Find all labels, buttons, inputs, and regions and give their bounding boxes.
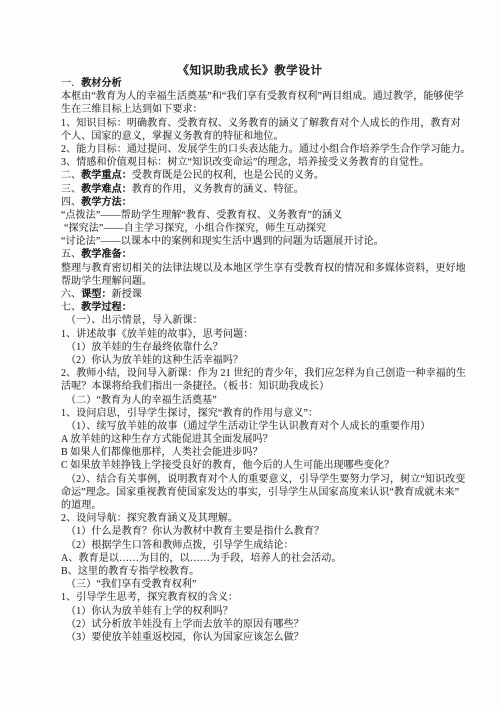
heading-text: 教学过程： (81, 302, 132, 313)
body-text: 3、情感和价值观目标：树立“知识改变命运”的理念，培养接受义务教育的自觉性。 (61, 157, 429, 168)
body-text: 活呢？本课将给我们指出一条捷径。（板书：知识助我成长） (61, 381, 329, 392)
document-line: 七、教学过程： (61, 301, 467, 314)
body-text: 五、 (61, 249, 81, 260)
body-text: 1、引导学生思考，探究教育权的含义： (61, 592, 238, 603)
document-line: 二、教学重点：受教育既是公民的权利，也是公民的义务。 (61, 169, 467, 182)
document-line: 命运”理念。国家重视教育使国家发达的事实，引导学生从国家高度来认识“教育成就未来… (61, 486, 467, 499)
body-text: 三、 (61, 184, 81, 195)
heading-text: 教学难点： (81, 184, 132, 195)
document-line: 的道理。 (61, 499, 467, 512)
body-text: 2、能力目标：通过提问、发展学生的口头表达能力。通过小组合作培养学生合作学习能力… (61, 144, 471, 155)
body-text: “讨论法”——以课本中的案例和现实生活中遇到的问题为话题展开讨论。 (61, 236, 384, 247)
body-text: C 如果放羊娃挣钱上学接受良好的教育，他今后的人生可能出现哪些变化？ (61, 460, 394, 471)
body-text: 命运”理念。国家重视教育使国家发达的事实，引导学生从国家高度来认识“教育成就未来… (61, 487, 459, 498)
document-line: 1、讲述故事《放羊娃的故事》，思考问题： (61, 328, 467, 341)
body-text: 1、设问启思，引导学生探讨，探究“教育的作用与意义”： (61, 408, 318, 419)
document-line: B 如果人们都像他那样，人类社会能进步吗？ (61, 446, 467, 459)
body-text: “探究法”——自主学习探究，小组合作探究，师生互动探究 (64, 223, 326, 234)
body-text: 整理与教育密切相关的法律法规以及本地区学生享有受教育权的情况和多媒体资料，更好地 (61, 263, 466, 274)
document-page: 《知识助我成长》教学设计 一．教材分析本框由“教育为人的幸福生活奠基”和“我们享… (0, 0, 500, 707)
document-line: （1）什么是教育？你认为教材中教育主要是指什么教育？ (61, 525, 467, 538)
body-text: 的道理。 (61, 500, 101, 511)
document-line: C 如果放羊娃挣钱上学接受良好的教育，他今后的人生可能出现哪些变化？ (61, 459, 467, 472)
heading-text: 教学重点： (81, 170, 132, 181)
document-line: （三）“我们享有受教育权利” (61, 578, 467, 591)
document-line: （二）“教育为人的幸福生活奠基” (61, 394, 467, 407)
document-line: （一）、出示情景，导入新课： (61, 314, 467, 327)
document-line: （2）根据学生口答和教师点拨，引导学生成结论： (61, 539, 467, 552)
body-text: 1、讲述故事《放羊娃的故事》，思考问题： (61, 329, 253, 340)
document-line: 活呢？本课将给我们指出一条捷径。（板书：知识助我成长） (61, 380, 467, 393)
body-text: （2）你认为放羊娃的这种生活幸福吗？ (66, 355, 243, 366)
body-text: 1、知识目标：明确教育、受教育权、义务教育的涵义了解教育对个人成长的作用，教育对 (61, 118, 461, 129)
body-text: B 如果人们都像他那样，人类社会能进步吗？ (61, 447, 263, 458)
body-text: “点拨法”——帮助学生理解“教育、受教育权、义务教育”的涵义 (61, 210, 342, 221)
document-line: （2）、结合有关事例，说明教育对个人的重要意义，引导学生要努力学习，树立“知识改… (61, 473, 467, 486)
document-line: （1）放羊娃的生存最终依靠什么？ (61, 341, 467, 354)
document-line: 三、教学难点：教育的作用，义务教育的涵义、特征。 (61, 183, 467, 196)
document-line: 1、知识目标：明确教育、受教育权、义务教育的涵义了解教育对个人成长的作用，教育对 (61, 117, 467, 130)
body-text: 2、教师小结，设问导入新课：作为 21 世纪的青少年，我们应怎样为自己创造一种幸… (61, 368, 466, 379)
body-text: B、这里的教育专指学校教育。 (61, 566, 199, 577)
body-text: 受教育既是公民的权利，也是公民的义务。 (132, 170, 324, 181)
document-line: “点拨法”——帮助学生理解“教育、受教育权、义务教育”的涵义 (61, 209, 467, 222)
body-text: 新授课 (112, 289, 142, 300)
document-line: 1、引导学生思考，探究教育权的含义： (61, 591, 467, 604)
document-line: 2、教师小结，设问导入新课：作为 21 世纪的青少年，我们应怎样为自己创造一种幸… (61, 367, 467, 380)
document-line: （2）你认为放羊娃的这种生活幸福吗？ (61, 354, 467, 367)
body-text: （2）根据学生口答和教师点拨，引导学生成结论： (66, 540, 294, 551)
body-text: （1）什么是教育？你认为教材中教育主要是指什么教育？ (66, 526, 324, 537)
body-text: （2）试分析放羊娃没有上学而去放羊的原因有哪些？ (66, 619, 304, 630)
body-text: （1）、续写放羊娃的故事（通过学生活动让学生认识教育对个人成长的重要作用） (66, 421, 430, 432)
document-line: 一．教材分析 (61, 77, 467, 90)
body-text: 生在三维目标上达到如下要求： (61, 104, 203, 115)
body-text: （一）、出示情景，导入新课： (66, 315, 203, 326)
body-text: 教育的作用，义务教育的涵义、特征。 (132, 184, 304, 195)
document-line: 四、教学方法： (61, 196, 467, 209)
document-line: （1）、续写放羊娃的故事（通过学生活动让学生认识教育对个人成长的重要作用） (61, 420, 467, 433)
document-line: 2、能力目标：通过提问、发展学生的口头表达能力。通过小组合作培养学生合作学习能力… (61, 143, 467, 156)
body-text: 七、 (61, 302, 81, 313)
heading-text: 教学准备： (81, 249, 132, 260)
document-line: （1）你认为放羊娃有上学的权利吗？ (61, 605, 467, 618)
document-line: 六、课型：新授课 (61, 288, 467, 301)
body-text: 2、设问导航：探究教育涵义及其理解。 (61, 513, 238, 524)
body-text: A、教育是以……为目的，以……为手段，培养人的社会活动。 (61, 553, 342, 564)
document-body: 一．教材分析本框由“教育为人的幸福生活奠基”和“我们享有受教育权利”两目组成。通… (61, 77, 467, 644)
body-text: A 放羊娃的这种生存方式能促进其全面发展吗？ (61, 434, 273, 445)
body-text: （1）你认为放羊娃有上学的权利吗？ (66, 606, 233, 617)
document-line: 帮助学生理解问题。 (61, 275, 467, 288)
body-text: （三）“我们享有受教育权利” (66, 579, 197, 590)
document-line: “讨论法”——以课本中的案例和现实生活中遇到的问题为话题展开讨论。 (61, 235, 467, 248)
body-text: （3）要使放羊娃重返校园，你认为国家应该怎么做？ (66, 632, 304, 643)
heading-text: 教学方法： (81, 197, 132, 208)
document-line: A、教育是以……为目的，以……为手段，培养人的社会活动。 (61, 552, 467, 565)
document-line: 1、设问启思，引导学生探讨，探究“教育的作用与意义”： (61, 407, 467, 420)
body-text: （2）、结合有关事例，说明教育对个人的重要意义，引导学生要努力学习，树立“知识改… (66, 474, 465, 485)
document-line: 本框由“教育为人的幸福生活奠基”和“我们享有受教育权利”两目组成。通过教学，能够… (61, 90, 467, 103)
body-text: 二、 (61, 170, 81, 181)
document-line: “探究法”——自主学习探究，小组合作探究，师生互动探究 (61, 222, 467, 235)
document-line: （2）试分析放羊娃没有上学而去放羊的原因有哪些？ (61, 618, 467, 631)
body-text: 六、 (61, 289, 81, 300)
body-text: 帮助学生理解问题。 (61, 276, 152, 287)
document-line: （3）要使放羊娃重返校园，你认为国家应该怎么做？ (61, 631, 467, 644)
document-line: 个人、国家的意义，掌握义务教育的特征和地位。 (61, 130, 467, 143)
document-line: 五、教学准备： (61, 248, 467, 261)
document-line: A 放羊娃的这种生存方式能促进其全面发展吗？ (61, 433, 467, 446)
body-text: 本框由“教育为人的幸福生活奠基”和“我们享有受教育权利”两目组成。通过教学，能够… (61, 91, 464, 102)
heading-text: 教材分析 (81, 78, 121, 89)
document-line: 生在三维目标上达到如下要求： (61, 103, 467, 116)
document-line: 2、设问导航：探究教育涵义及其理解。 (61, 512, 467, 525)
body-text: （二）“教育为人的幸福生活奠基” (66, 395, 217, 406)
body-text: 一． (61, 78, 81, 89)
heading-text: 课型： (81, 289, 111, 300)
body-text: （1）放羊娃的生存最终依靠什么？ (66, 342, 223, 353)
body-text: 个人、国家的意义，掌握义务教育的特征和地位。 (61, 131, 284, 142)
document-line: 3、情感和价值观目标：树立“知识改变命运”的理念，培养接受义务教育的自觉性。 (61, 156, 467, 169)
body-text: 四、 (61, 197, 81, 208)
document-line: B、这里的教育专指学校教育。 (61, 565, 467, 578)
document-line: 整理与教育密切相关的法律法规以及本地区学生享有受教育权的情况和多媒体资料，更好地 (61, 262, 467, 275)
document-title: 《知识助我成长》教学设计 (0, 62, 500, 78)
